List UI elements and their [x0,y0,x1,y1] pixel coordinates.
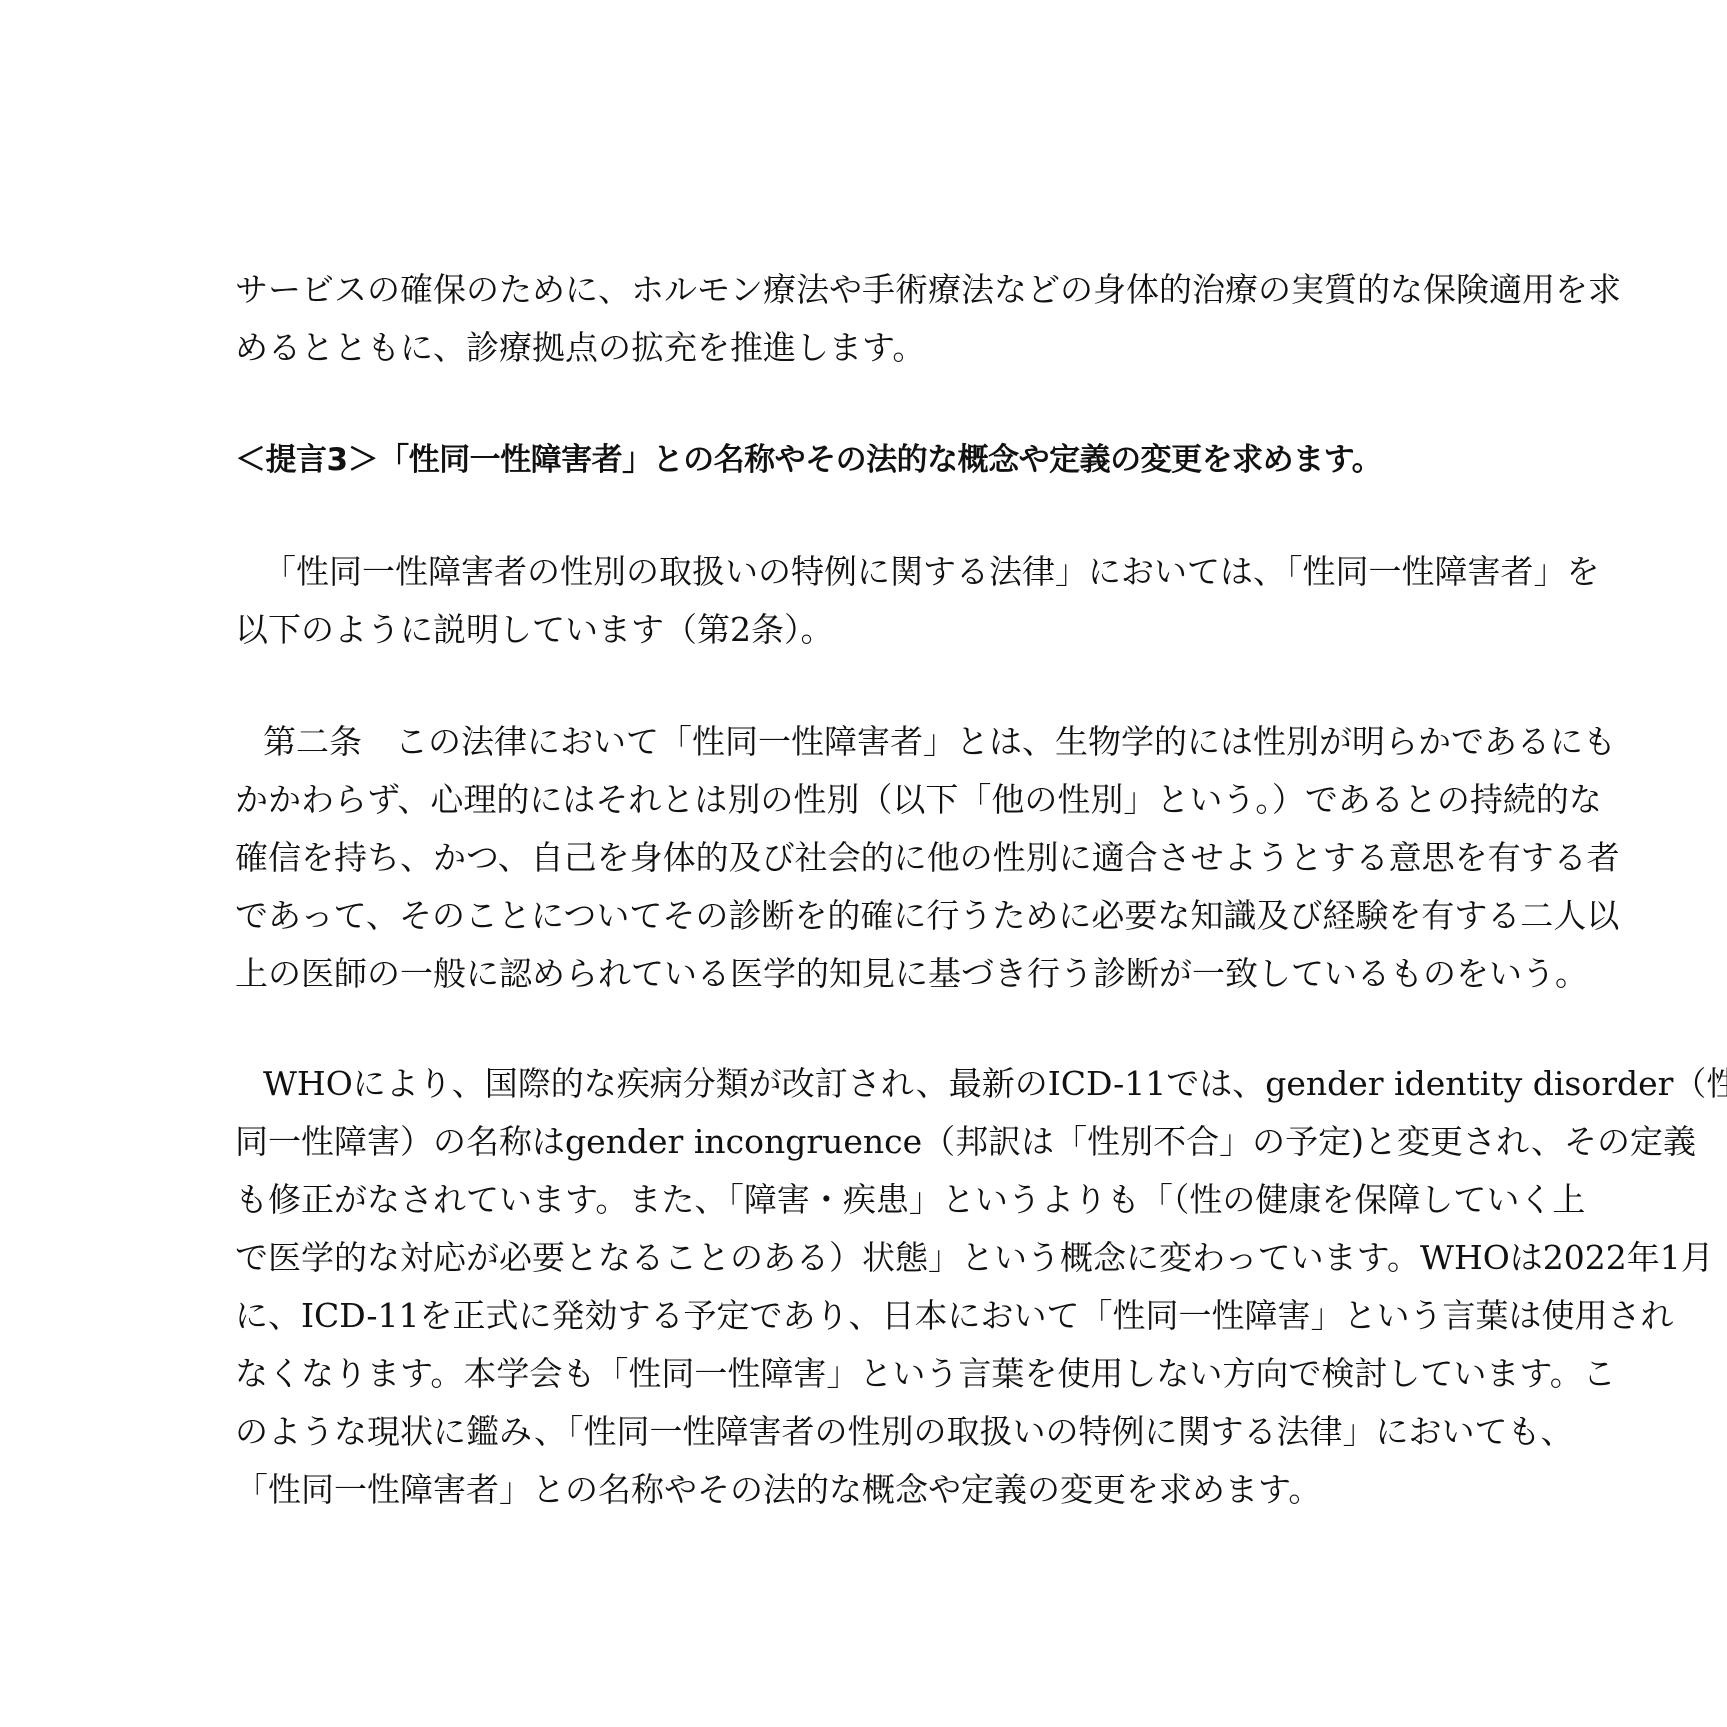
article-quote-line-2: かかわらず、心理的にはそれとは別の性別（以下「他の性別」という。）であるとの持続… [235,780,1495,820]
document-page: サービスの確保のために、ホルモン療法や手術療法などの身体的治療の実質的な保険適用… [0,0,1727,1727]
paragraph-3-line-8: 「性同一性障害者」との名称やその法的な概念や定義の変更を求めます。 [235,1470,1495,1510]
paragraph-3-line-3: も修正がなされています。また、「障害・疾患」というよりも「（性の健康を保障してい… [235,1180,1495,1220]
article-quote-line-5: 上の医師の一般に認められている医学的知見に基づき行う診断が一致しているものをいう… [235,954,1495,994]
paragraph-3-line-5: に、ICD-11を正式に発効する予定であり、日本において「性同一性障害」という言… [235,1296,1495,1336]
paragraph-3-line-6: なくなります。本学会も「性同一性障害」という言葉を使用しない方向で検討しています… [235,1354,1495,1394]
paragraph-1-line-2: めるとともに、診療拠点の拡充を推進します。 [235,328,1495,368]
article-quote-line-4: であって、そのことについてその診断を的確に行うために必要な知識及び経験を有する二… [235,896,1495,936]
article-quote-line-1: 第二条 この法律において「性同一性障害者」とは、生物学的には性別が明らかであるに… [235,722,1523,762]
paragraph-3-line-7: のような現状に鑑み、「性同一性障害者の性別の取扱いの特例に関する法律」においても… [235,1412,1495,1452]
article-quote-line-3: 確信を持ち、かつ、自己を身体的及び社会的に他の性別に適合させようとする意思を有す… [235,838,1495,878]
paragraph-1-line-1: サービスの確保のために、ホルモン療法や手術療法などの身体的治療の実質的な保険適用… [235,270,1495,310]
proposal-3-heading: ＜提言3＞「性同一性障害者」との名称やその法的な概念や定義の変更を求めます。 [235,440,1495,480]
paragraph-3-line-2: 同一性障害）の名称はgender incongruence（邦訳は「性別不合」の… [235,1122,1495,1162]
paragraph-2-line-1: 「性同一性障害者の性別の取扱いの特例に関する法律」においては、「性同一性障害者」… [235,552,1523,592]
paragraph-2-line-2: 以下のように説明しています（第2条）。 [235,610,1495,650]
paragraph-3-line-1: WHOにより、国際的な疾病分類が改訂され、最新のICD-11では、gender … [235,1064,1523,1104]
paragraph-3-line-4: で医学的な対応が必要となることのある）状態」という概念に変わっています。WHOは… [235,1238,1495,1278]
